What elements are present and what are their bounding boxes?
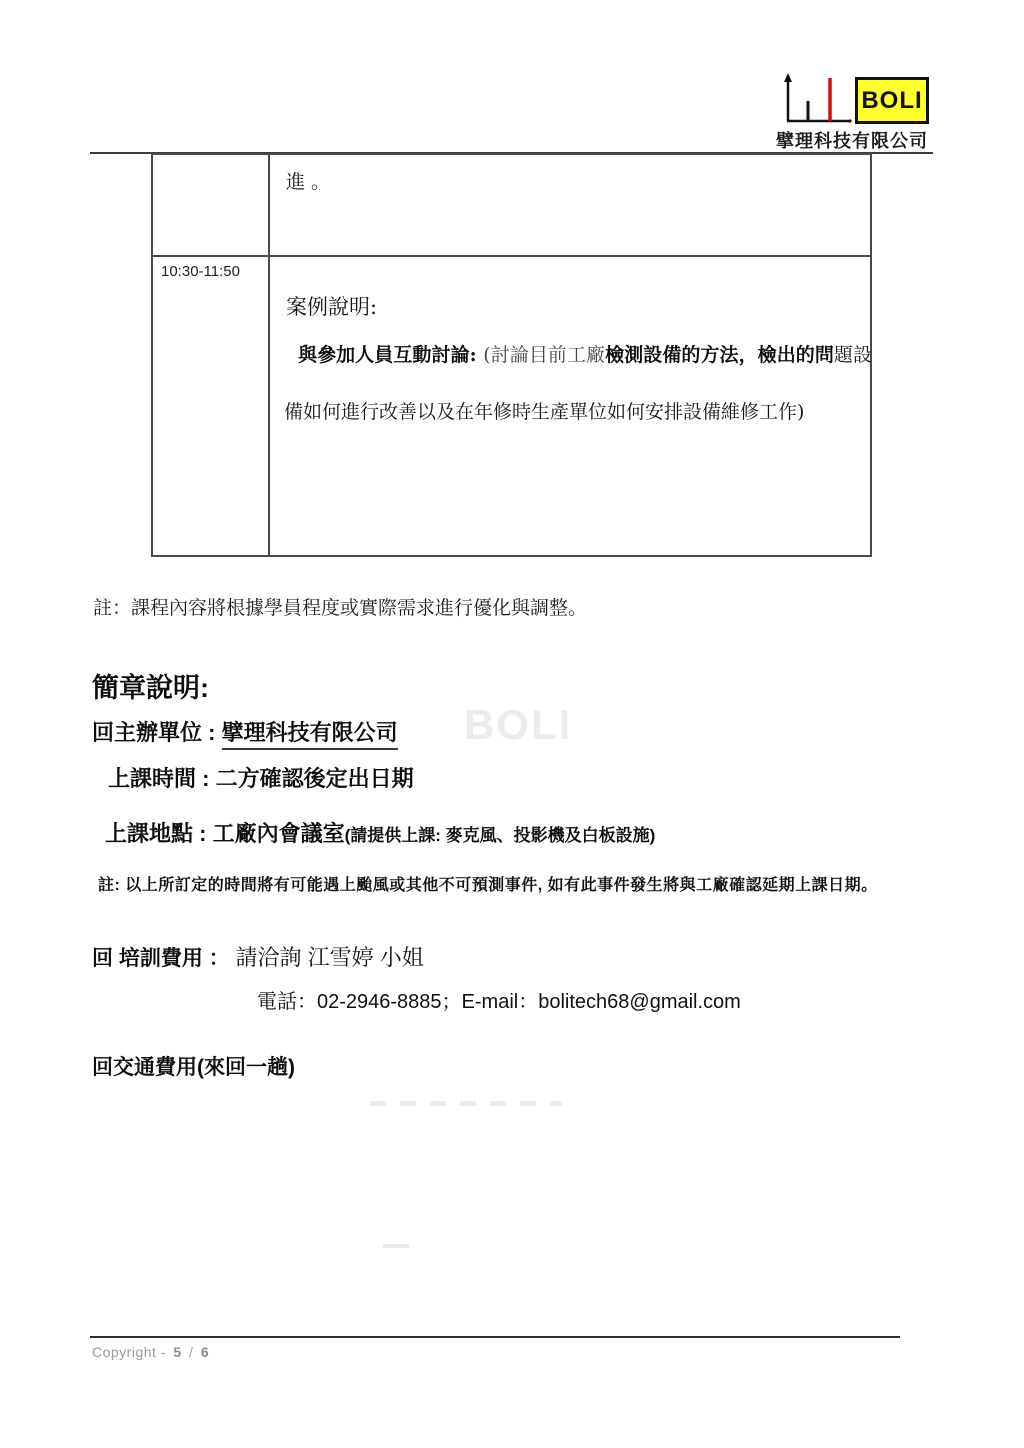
copyright-footer: Copyright - 5 / 6 [92,1344,212,1360]
copyright-label: Copyright - [92,1344,166,1360]
paragraph-segment: (討論目前工廠 [483,344,605,366]
class-time-line: 上課時間 : 二方確認後定出日期 [108,762,414,793]
page-number: 5 [170,1344,184,1360]
page-separator: / [189,1344,193,1360]
fee-contact-person: 請洽詢 江雪婷 小姐 [236,945,424,970]
transport-fee-text: 交通費用(來回一趟) [113,1056,295,1079]
table-column-divider [268,155,270,555]
table-cell-time: 10:30-11:50 [161,263,240,280]
table-cell-previous-content: 進 。 [286,167,330,194]
square-bullet-icon: 回 [92,1056,113,1079]
fee-label: 培訓費用 ： [119,947,236,970]
brochure-heading: 簡章說明: [92,666,209,705]
location-equipment-note: (請提供上課: 麥克風、投影機及白板設施) [345,826,656,845]
paragraph-segment: 與參加人員互動討論: [298,344,483,366]
faint-text-remnant [370,1101,562,1106]
document-page: BOLI 擘理科技有限公司 BOLI 進 。 10:30-11:50 案例說明:… [0,0,1024,1448]
table-cell-case-paragraph: 與參加人員互動討論: (討論目前工廠檢測設備的方法，檢出的問題設備如何進行改善以… [284,327,872,441]
paragraph-segment: 檢測設備的方法，檢出的問 [605,344,834,366]
organizer-label: 主辦單位 : [114,720,222,745]
weather-note: 註: 以上所訂定的時間將有可能遇上颱風或其他不可預測事件, 如有此事件發生將與工… [98,872,878,895]
table-row-divider [153,255,870,257]
class-time-value: 二方確認後定出日期 [216,766,414,791]
transport-fee-line: 回交通費用(來回一趟) [92,1051,295,1081]
location-label: 上課地點 : [105,821,213,846]
logo-box: BOLI [855,77,929,124]
faint-text-remnant [383,1244,409,1248]
watermark: BOLI [464,701,572,749]
table-cell-case-title: 案例說明: [286,291,377,321]
contact-line: 電話：02-2946-8885；E-mail：bolitech68@gmail.… [257,985,741,1014]
page-total: 6 [198,1344,212,1360]
class-time-label: 上課時間 : [108,766,216,791]
organizer-line: 回主辦單位 : 擘理科技有限公司 [92,716,398,747]
logo-text: BOLI [861,87,922,115]
location-line: 上課地點 : 工廠內會議室(請提供上課: 麥克風、投影機及白板設施) [105,817,655,848]
bar-chart-logo-icon [778,70,854,128]
square-bullet-icon: 回 [92,947,113,970]
footer-divider [90,1336,900,1338]
square-bullet-icon: 回 [92,720,114,745]
location-value: 工廠內會議室 [213,821,345,846]
company-name: 擘理科技有限公司 [776,127,934,153]
organizer-value: 擘理科技有限公司 [222,720,398,750]
fee-line: 回 培訓費用 ： 請洽詢 江雪婷 小姐 [92,941,424,972]
schedule-table: 進 。 10:30-11:50 案例說明: 與參加人員互動討論: (討論目前工廠… [151,153,872,557]
course-adjustment-note: 註：課程內容將根據學員程度或實際需求進行優化與調整。 [93,593,587,620]
